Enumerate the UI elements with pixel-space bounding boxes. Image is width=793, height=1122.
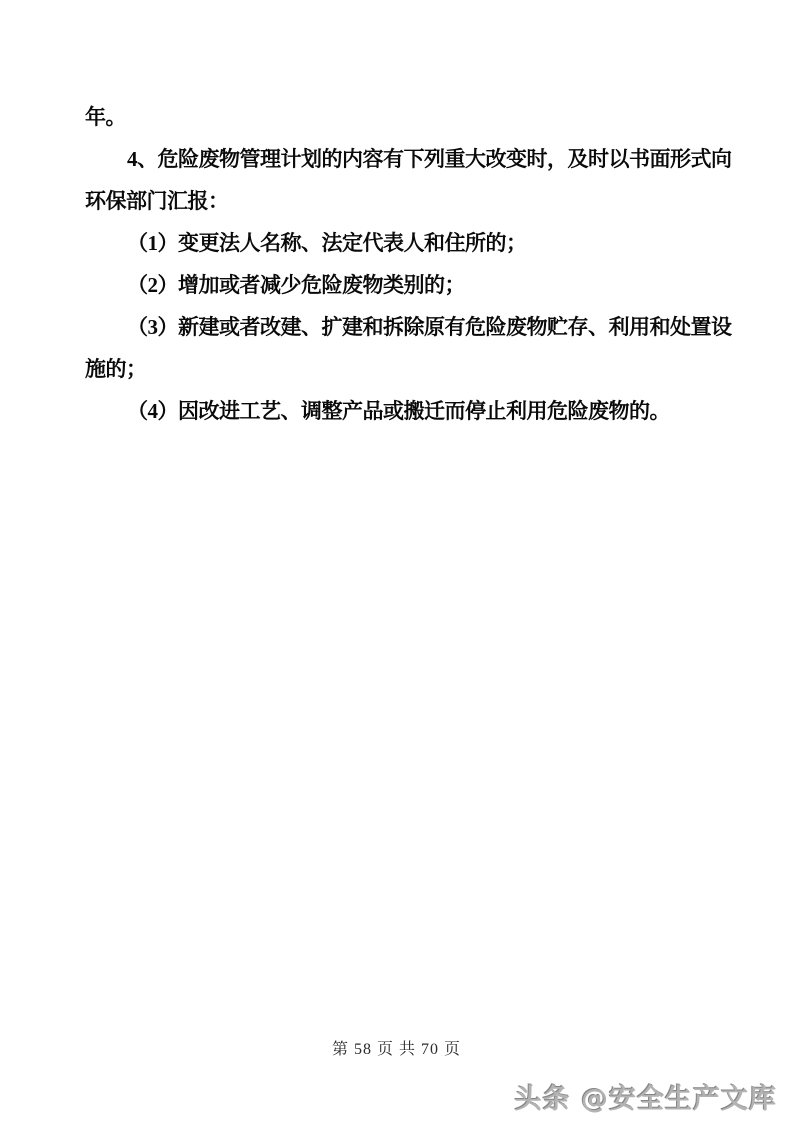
paragraph-line: （2）增加或者减少危险废物类别的；	[85, 264, 745, 306]
paragraph-line: （1）变更法人名称、法定代表人和住所的；	[85, 222, 745, 264]
paragraph-line: 4、危险废物管理计划的内容有下列重大改变时，及时以书面形式向	[85, 138, 745, 180]
paragraph-line: 施的；	[85, 348, 745, 390]
document-body: 年。 4、危险废物管理计划的内容有下列重大改变时，及时以书面形式向 环保部门汇报…	[85, 96, 745, 432]
paragraph-line: 环保部门汇报：	[85, 180, 745, 222]
paragraph-line: 年。	[85, 96, 745, 138]
page-number-footer: 第 58 页 共 70 页	[0, 1036, 793, 1059]
paragraph-line: （3）新建或者改建、扩建和拆除原有危险废物贮存、利用和处置设	[85, 306, 745, 348]
document-page: 年。 4、危险废物管理计划的内容有下列重大改变时，及时以书面形式向 环保部门汇报…	[0, 0, 793, 1122]
watermark-text: 头条 @安全生产文库	[515, 1077, 777, 1116]
paragraph-line: （4）因改进工艺、调整产品或搬迁而停止利用危险废物的。	[85, 390, 745, 432]
